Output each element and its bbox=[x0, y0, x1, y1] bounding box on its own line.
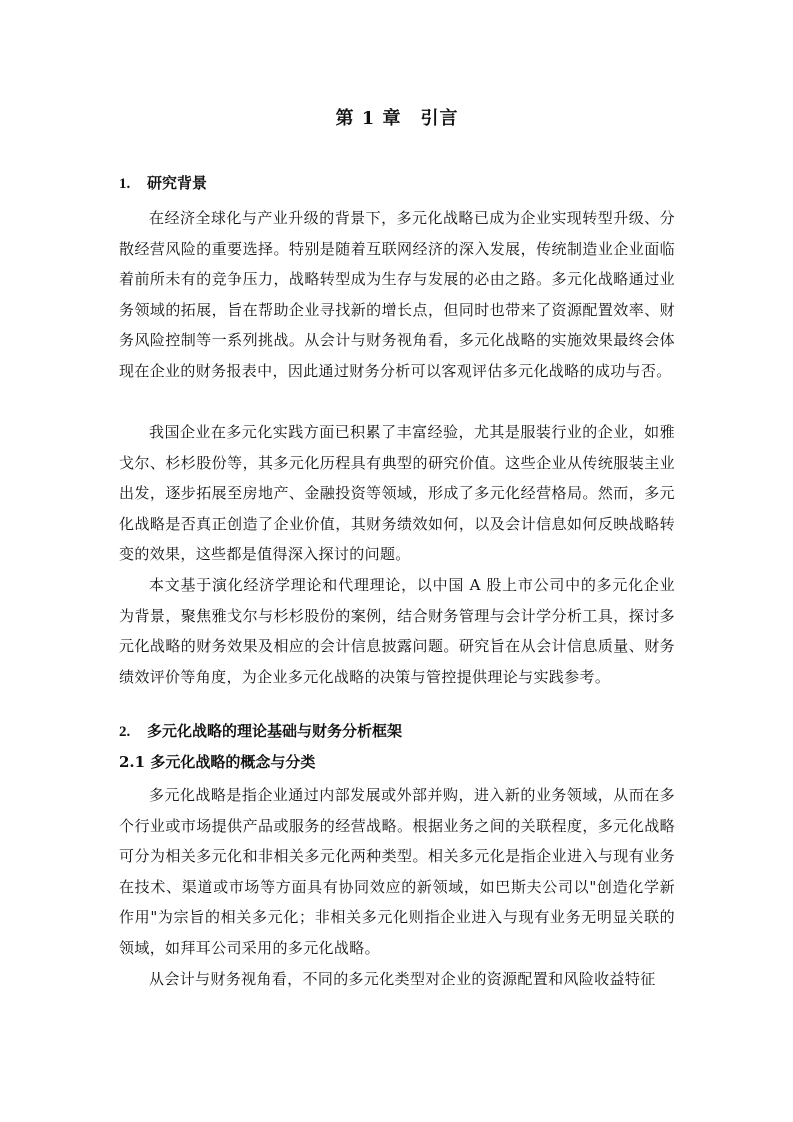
paragraph: 多元化战略是指企业通过内部发展或外部并购，进入新的业务领域，从而在多个行业或市场… bbox=[119, 780, 675, 964]
paragraph: 从会计与财务视角看，不同的多元化类型对企业的资源配置和风险收益特征 bbox=[119, 964, 675, 995]
section-heading-1: 1.研究背景 bbox=[119, 172, 207, 193]
section-number: 2. bbox=[119, 724, 147, 741]
paragraph: 本文基于演化经济学理论和代理理论，以中国 A 股上市公司中的多元化企业为背景，聚… bbox=[119, 570, 675, 692]
subsection-title: 多元化战略的概念与分类 bbox=[150, 753, 315, 771]
chapter-title: 第 1 章 引言 bbox=[119, 104, 675, 130]
subsection-number: 2.1 bbox=[119, 753, 145, 771]
paragraph: 在经济全球化与产业升级的背景下，多元化战略已成为企业实现转型升级、分散经营风险的… bbox=[119, 203, 675, 387]
paragraph: 我国企业在多元化实践方面已积累了丰富经验，尤其是服装行业的企业，如雅戈尔、杉杉股… bbox=[119, 417, 675, 570]
section-title: 多元化战略的理论基础与财务分析框架 bbox=[147, 722, 402, 740]
subsection-heading-2-1: 2.1 多元化战略的概念与分类 bbox=[119, 751, 315, 772]
section-heading-2: 2.多元化战略的理论基础与财务分析框架 bbox=[119, 720, 402, 741]
section-title: 研究背景 bbox=[147, 174, 207, 192]
section-number: 1. bbox=[119, 176, 147, 193]
